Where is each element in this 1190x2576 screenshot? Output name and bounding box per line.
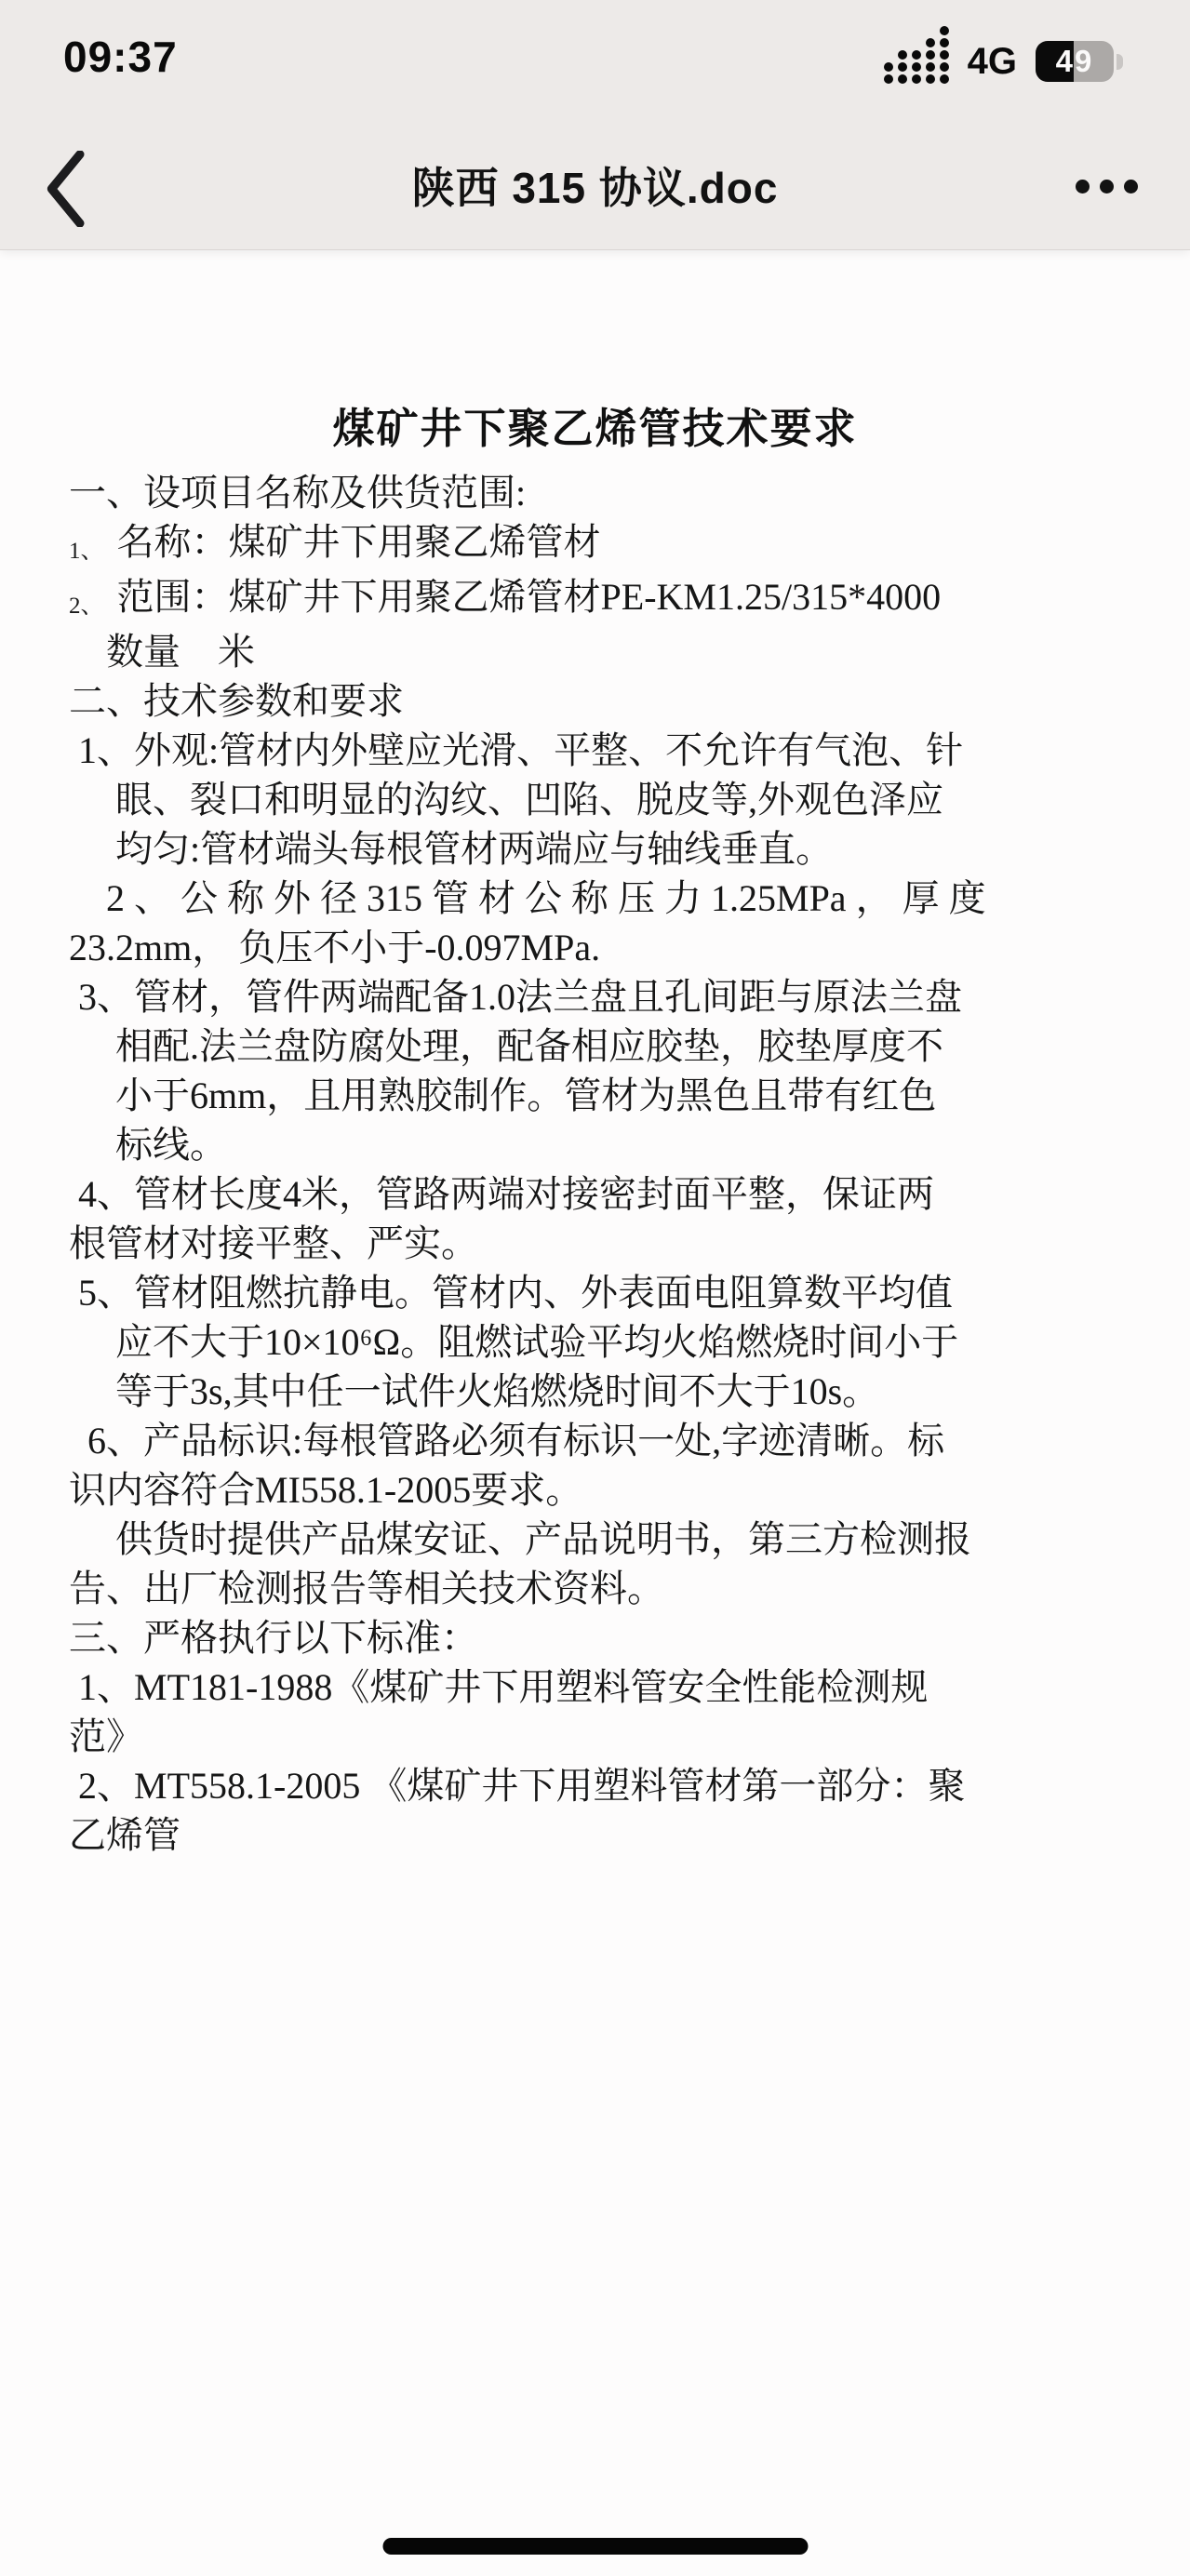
more-options-button[interactable] — [1070, 167, 1143, 205]
doc-line: 识内容符合MI558.1-2005要求。 — [69, 1465, 1134, 1515]
doc-line: 告、出厂检测报告等相关技术资料。 — [69, 1564, 1134, 1613]
doc-line: 等于3s,其中任一试件火焰燃烧时间不大于10s。 — [69, 1367, 1134, 1416]
doc-line: 一、设项目名称及供货范围: — [69, 468, 1134, 517]
doc-line: 乙烯管 — [69, 1810, 1134, 1860]
doc-line: 数量 米 — [69, 627, 1134, 676]
status-bar: 09:37 4G 49 — [0, 0, 1190, 93]
battery-icon: 49 — [1036, 41, 1123, 82]
doc-line: 23.2mm， 负压不小于-0.097MPa. — [69, 923, 1134, 972]
battery-nub — [1116, 54, 1123, 70]
doc-line: 供货时提供产品煤安证、产品说明书，第三方检测报 — [69, 1515, 1134, 1564]
doc-line: 范》 — [69, 1712, 1134, 1761]
doc-line: 相配.法兰盘防腐处理，配备相应胶垫，胶垫厚度不 — [69, 1021, 1134, 1071]
cellular-signal-icon — [884, 39, 949, 84]
status-icons: 4G 49 — [884, 39, 1123, 84]
battery-percent-label: 49 — [1036, 41, 1114, 82]
doc-line: 眼、裂口和明显的沟纹、凹陷、脱皮等,外观色泽应 — [69, 775, 1134, 824]
doc-line: 1、名称：煤矿井下用聚乙烯管材 — [69, 517, 1134, 572]
doc-line: 2 、 公 称 外 径 315 管 材 公 称 压 力 1.25MPa ， 厚 … — [69, 874, 1134, 923]
doc-line: 小于6mm，且用熟胶制作。管材为黑色且带有红色 — [69, 1071, 1134, 1120]
doc-line: 根管材对接平整、严实。 — [69, 1219, 1134, 1268]
document-viewer[interactable]: 煤矿井下聚乙烯管技术要求 一、设项目名称及供货范围:1、名称：煤矿井下用聚乙烯管… — [0, 249, 1190, 2576]
chevron-left-icon — [43, 216, 87, 230]
network-type-label: 4G — [968, 41, 1017, 83]
doc-line: 4、管材长度4米，管路两端对接密封面平整，保证两 — [69, 1169, 1134, 1219]
doc-line: 5、管材阻燃抗静电。管材内、外表面电阻算数平均值 — [69, 1268, 1134, 1317]
back-button[interactable] — [37, 151, 93, 229]
list-marker: 1、 — [69, 527, 104, 572]
doc-line: 均匀:管材端头每根管材两端应与轴线垂直。 — [69, 824, 1134, 874]
doc-line: 1、外观:管材内外壁应光滑、平整、不允许有气泡、针 — [69, 726, 1134, 775]
doc-line: 1、MT181-1988《煤矿井下用塑料管安全性能检测规 — [69, 1662, 1134, 1712]
list-marker: 2、 — [69, 581, 104, 627]
doc-line: 2、MT558.1-2005 《煤矿井下用塑料管材第一部分：聚 — [69, 1761, 1134, 1810]
home-indicator[interactable] — [382, 2538, 808, 2555]
doc-line: 2、范围：煤矿井下用聚乙烯管材PE-KM1.25/315*4000 — [69, 572, 1134, 627]
status-time: 09:37 — [63, 32, 178, 82]
doc-line: 6、产品标识:每根管路必须有标识一处,字迹清晰。标 — [69, 1416, 1134, 1465]
document-title: 煤矿井下聚乙烯管技术要求 — [0, 394, 1190, 455]
doc-line: 三、严格执行以下标准： — [69, 1613, 1134, 1662]
doc-line: 标线。 — [69, 1120, 1134, 1169]
doc-line: 3、管材，管件两端配备1.0法兰盘且孔间距与原法兰盘 — [69, 972, 1134, 1021]
nav-bar: 陕西 315 协议.doc — [0, 93, 1190, 249]
doc-line: 二、技术参数和要求 — [69, 676, 1134, 726]
doc-line: 应不大于10×10⁶Ω。阻燃试验平均火焰燃烧时间小于 — [69, 1317, 1134, 1367]
top-chrome: 09:37 4G 49 — [0, 0, 1190, 249]
ellipsis-icon — [1076, 180, 1090, 194]
document-body: 一、设项目名称及供货范围:1、名称：煤矿井下用聚乙烯管材2、范围：煤矿井下用聚乙… — [0, 468, 1190, 1860]
document-filename: 陕西 315 协议.doc — [412, 154, 779, 216]
